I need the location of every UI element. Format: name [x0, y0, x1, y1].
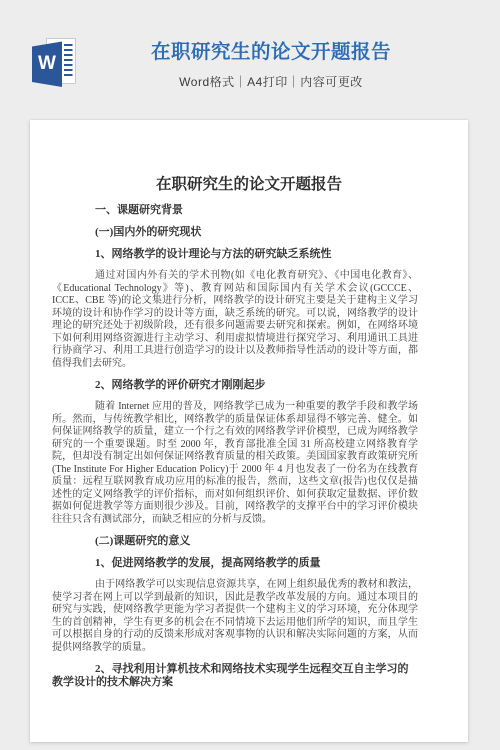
- doc-heading: 一、课题研究背景: [52, 204, 418, 217]
- doc-paragraph: 随着 Internet 应用的普及，网络教学已成为一种重要的教学手段和教学场所。…: [52, 401, 418, 526]
- header: W 在职研究生的论文开题报告 Word格式｜A4打印｜内容可更改: [0, 0, 500, 112]
- doc-heading: 2、寻找利用计算机技术和网络技术实现学生远程交互自主学习的教学设计的技术解决方案: [52, 663, 418, 689]
- doc-paragraph: 由于网络教学可以实现信息资源共享，在网上组织最优秀的教材和教法，使学习者在网上可…: [52, 579, 418, 654]
- document-title: 在职研究生的论文开题报告: [52, 175, 446, 195]
- document-body: 一、课题研究背景(一)国内外的研究现状1、网络教学的设计理论与方法的研究缺乏系统…: [52, 204, 418, 689]
- page-subtitle: Word格式｜A4打印｜内容可更改: [82, 73, 460, 90]
- page: { "header": { "title": "在职研究生的论文开题报告", "…: [0, 0, 500, 750]
- document-page: 在职研究生的论文开题报告 一、课题研究背景(一)国内外的研究现状1、网络教学的设…: [30, 120, 468, 742]
- doc-heading: 1、促进网络教学的发展，提高网络教学的质量: [52, 557, 418, 570]
- header-text: 在职研究生的论文开题报告 Word格式｜A4打印｜内容可更改: [82, 41, 460, 90]
- doc-heading: (二)课题研究的意义: [52, 535, 418, 548]
- word-icon-letter: W: [38, 53, 56, 74]
- doc-paragraph: 通过对国内外有关的学术刊物(如《电化教育研究》、《中国电化教育》、《Educat…: [52, 270, 418, 370]
- word-file-icon: W: [29, 37, 77, 90]
- doc-heading: (一)国内外的研究现状: [52, 226, 418, 239]
- doc-heading: 1、网络教学的设计理论与方法的研究缺乏系统性: [52, 248, 418, 261]
- doc-heading: 2、网络教学的评价研究才刚刚起步: [52, 379, 418, 392]
- page-title: 在职研究生的论文开题报告: [82, 41, 460, 64]
